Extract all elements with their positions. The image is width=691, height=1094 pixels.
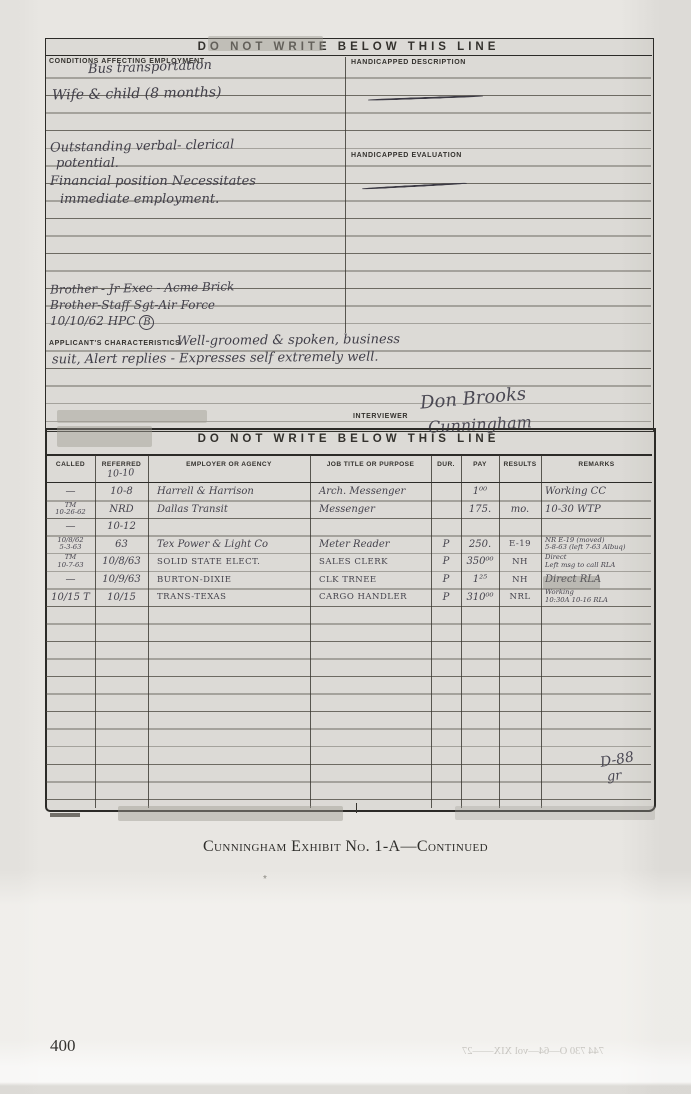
table-cell-referred: 63: [95, 539, 148, 550]
table-cell-referred: 10-8: [95, 486, 148, 497]
hw-potential-line2: potential.: [56, 156, 119, 171]
hw-referred-header-note: 10-10: [107, 467, 135, 480]
scan-smudge: [208, 36, 323, 51]
hw-family-note: Wife & child (8 months): [52, 85, 222, 104]
table-cell-job: Meter Reader: [310, 539, 431, 550]
hw-bottom-note-line2: gr: [606, 768, 622, 784]
table-cell-dur: P: [431, 592, 461, 603]
hw-characteristics-line1: Well-groomed & spoken, business: [177, 332, 400, 349]
scan-dash-mark: [50, 813, 80, 817]
bottom-center-tick: [356, 803, 357, 813]
col-header-called: CALLED: [46, 461, 95, 468]
table-cell-job: CLK TRNEE: [310, 575, 431, 585]
table-cell-referred: 10/15: [95, 592, 148, 603]
table-cell-job: SALES CLERK: [310, 557, 431, 567]
table-cell-called: TM 10-26-62: [46, 502, 95, 518]
scan-smudge: [118, 806, 343, 821]
table-cell-pay: 350⁰⁰: [461, 556, 499, 567]
page-number: 400: [50, 1036, 76, 1056]
table-cell-referred: 10/8/63: [95, 556, 148, 567]
table-cell-job: CARGO HANDLER: [310, 592, 431, 602]
hw-characteristics-line2: suit, Alert replies - Expresses self ext…: [52, 350, 379, 368]
table-cell-called: 10/15 T: [46, 592, 95, 603]
col-header-results: RESULTS: [499, 461, 541, 468]
hw-brother-line2: Brother-Staff Sgt-Air Force: [50, 298, 215, 312]
handicapped-description-label: HANDICAPPED DESCRIPTION: [351, 59, 466, 66]
table-cell-remarks: NR E-19 (moved) 5-8-63 (left 7-63 Albuq): [541, 537, 652, 553]
table-cell-pay: 250.: [461, 539, 499, 550]
table-row: 10/8/62 5-3-6363Tex Power & Light CoMete…: [46, 536, 652, 554]
table-cell-called: TM 10-7-63: [46, 554, 95, 570]
table-cell-results: mo.: [499, 504, 541, 515]
table-cell-results: NH: [499, 557, 541, 567]
col-header-pay: PAY: [461, 461, 499, 468]
table-cell-remarks: Working 10:30A 10-16 RLA: [541, 589, 652, 605]
table-cell-job: Arch. Messenger: [310, 486, 431, 497]
table-cell-results: NRL: [499, 592, 541, 602]
table-row: TM 10-26-62NRDDallas TransitMessenger175…: [46, 501, 652, 519]
hw-financial-line2: immediate employment.: [60, 192, 219, 207]
table-cell-job: Messenger: [310, 504, 431, 515]
interviewer-label: INTERVIEWER: [353, 413, 408, 420]
table-cell-employer: BURTON-DIXIE: [148, 575, 310, 585]
table-top-border: [45, 454, 652, 456]
table-cell-dur: P: [431, 574, 461, 585]
table-cell-employer: Dallas Transit: [148, 504, 310, 515]
scan-smudge: [543, 576, 600, 589]
table-row: TM 10-7-6310/8/63SOLID STATE ELECT.SALES…: [46, 553, 652, 571]
table-cell-employer: Tex Power & Light Co: [148, 539, 310, 550]
scan-smudge: [455, 806, 655, 820]
hw-date-code-circled: B: [139, 315, 154, 330]
hw-date-code: 10/10/62 HPCB: [50, 314, 154, 330]
table-header-row: CALLED REFERRED EMPLOYER OR AGENCY JOB T…: [46, 461, 652, 468]
table-cell-employer: TRANS-TEXAS: [148, 592, 310, 602]
table-cell-employer: Harrell & Harrison: [148, 486, 310, 497]
hw-financial-line1: Financial position Necessitates: [50, 174, 256, 189]
print-showthrough: 744 730 O—64—vol XIX——27: [462, 1046, 604, 1057]
table-row: —10-12: [46, 518, 652, 536]
table-cell-called: —: [46, 521, 95, 532]
hw-date-code-text: 10/10/62 HPC: [50, 314, 135, 328]
table-cell-results: NH: [499, 575, 541, 585]
table-cell-remarks: Direct Left msg to call RLA: [541, 554, 652, 570]
table-cell-referred: NRD: [95, 504, 148, 515]
table-cell-results: E-19: [499, 539, 541, 549]
table-row: —10-8Harrell & HarrisonArch. Messenger1⁰…: [46, 483, 652, 501]
col-header-employer: EMPLOYER OR AGENCY: [148, 461, 310, 468]
table-cell-called: 10/8/62 5-3-63: [46, 537, 95, 553]
table-cell-dur: P: [431, 556, 461, 567]
hw-potential-line1: Outstanding verbal- clerical: [50, 137, 235, 155]
table-cell-pay: 175.: [461, 504, 499, 515]
upper-column-divider: [345, 57, 346, 333]
table-cell-referred: 10-12: [95, 521, 148, 532]
footnote-mark: *: [263, 874, 267, 885]
col-header-remarks: REMARKS: [541, 461, 652, 468]
col-header-job-title: JOB TITLE OR PURPOSE: [310, 461, 431, 468]
col-header-dur: DUR.: [431, 461, 461, 468]
characteristics-label: APPLICANT'S CHARACTERISTICS: [49, 340, 180, 347]
table-cell-remarks: 10-30 WTP: [541, 504, 652, 515]
handicapped-evaluation-label: HANDICAPPED EVALUATION: [351, 152, 462, 159]
table-cell-employer: SOLID STATE ELECT.: [148, 557, 310, 567]
scan-smudge: [57, 426, 152, 447]
table-cell-pay: 1²⁵: [461, 574, 499, 585]
do-not-write-header-top: DO NOT WRITE BELOW THIS LINE: [45, 41, 652, 56]
table-cell-called: —: [46, 574, 95, 585]
exhibit-caption: Cunningham Exhibit No. 1-A—Continued: [0, 838, 691, 856]
table-row: 10/15 T10/15TRANS-TEXASCARGO HANDLERP310…: [46, 588, 652, 606]
table-cell-called: —: [46, 486, 95, 497]
table-cell-dur: P: [431, 539, 461, 550]
scan-smudge: [57, 410, 207, 423]
table-cell-pay: 310⁰⁰: [461, 592, 499, 603]
table-cell-referred: 10/9/63: [95, 574, 148, 585]
table-cell-remarks: Working CC: [541, 486, 652, 497]
table-cell-pay: 1⁰⁰: [461, 486, 499, 497]
scanned-document-page: DO NOT WRITE BELOW THIS LINE CONDITIONS …: [0, 0, 691, 1094]
